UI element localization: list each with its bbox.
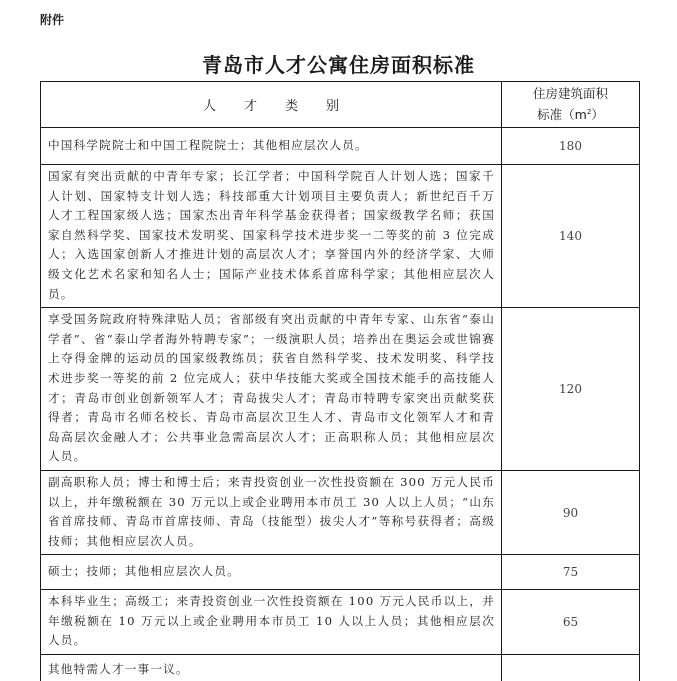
table-row: 其他特需人才一事一议。 — [41, 655, 640, 681]
area-cell: 120 — [502, 308, 640, 471]
talent-category-cell: 其他特需人才一事一议。 — [41, 655, 502, 681]
table-row: 副高职称人员；博士和博士后；来青投资创业一次性投资额在 300 万元人民币以上，… — [41, 470, 640, 554]
talent-category-cell: 副高职称人员；博士和博士后；来青投资创业一次性投资额在 300 万元人民币以上，… — [41, 470, 502, 554]
table-row: 本科毕业生；高级工；来青投资创业一次性投资额在 100 万元人民币以上，并年缴税… — [41, 590, 640, 655]
header-area-line1: 住房建筑面积 — [503, 85, 638, 103]
area-cell: 75 — [502, 555, 640, 590]
table-row: 享受国务院政府特殊津贴人员；省部级有突出贡献的中青年专家、山东省“泰山学者”、省… — [41, 308, 640, 471]
area-cell — [502, 655, 640, 681]
table-header-row: 人才类别 住房建筑面积 标准（m2） — [41, 82, 640, 128]
header-char: 类 — [285, 95, 298, 114]
page-title: 青岛市人才公寓住房面积标准 — [0, 49, 677, 78]
talent-category-cell: 国家有突出贡献的中青年专家；长江学者；中国科学院百人计划人选；国家千人计划、国家… — [41, 165, 502, 308]
header-char: 人 — [203, 95, 216, 114]
talent-category-cell: 本科毕业生；高级工；来青投资创业一次性投资额在 100 万元人民币以上，并年缴税… — [41, 590, 502, 655]
housing-area-standard-table: 人才类别 住房建筑面积 标准（m2） 中国科学院院士和中国工程院院士；其他相应层… — [40, 81, 640, 681]
area-cell: 90 — [502, 470, 640, 554]
table-row: 国家有突出贡献的中青年专家；长江学者；中国科学院百人计划人选；国家千人计划、国家… — [41, 165, 640, 308]
talent-category-cell: 硕士；技师；其他相应层次人员。 — [41, 555, 502, 590]
header-char: 别 — [326, 95, 339, 114]
talent-category-cell: 中国科学院院士和中国工程院院士；其他相应层次人员。 — [41, 128, 502, 165]
header-area-line2: 标准（m2） — [503, 103, 638, 124]
attachment-label: 附件 — [40, 11, 64, 28]
table-row: 硕士；技师；其他相应层次人员。 75 — [41, 555, 640, 590]
area-cell: 140 — [502, 165, 640, 308]
talent-category-cell: 享受国务院政府特殊津贴人员；省部级有突出贡献的中青年专家、山东省“泰山学者”、省… — [41, 308, 502, 471]
table-row: 中国科学院院士和中国工程院院士；其他相应层次人员。 180 — [41, 128, 640, 165]
area-cell: 180 — [502, 128, 640, 165]
header-area-unit-suffix: ） — [591, 107, 604, 122]
header-char: 才 — [244, 95, 257, 114]
header-area-standard: 住房建筑面积 标准（m2） — [502, 82, 640, 128]
header-talent-category: 人才类别 — [41, 82, 502, 128]
header-area-unit-prefix: 标准（m — [537, 107, 587, 122]
area-cell: 65 — [502, 590, 640, 655]
